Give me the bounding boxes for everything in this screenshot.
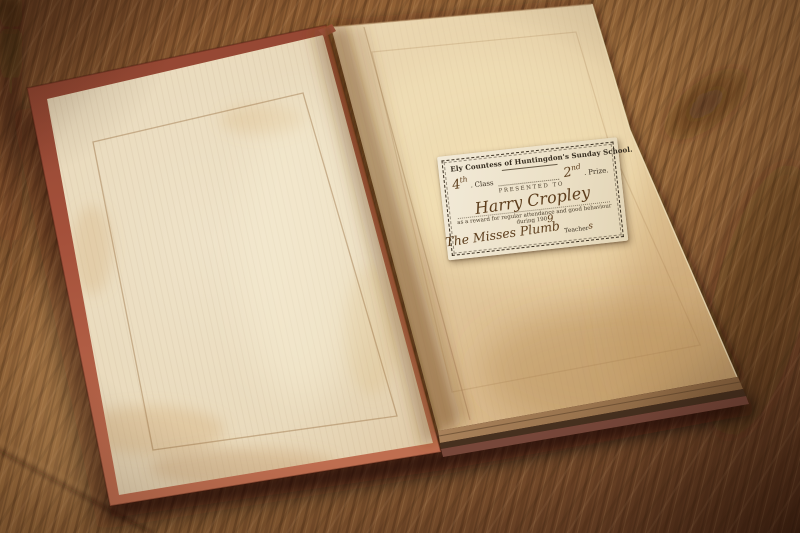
teacher-plural-handwritten: s (588, 222, 594, 232)
class-value-handwritten: 4th (451, 175, 469, 192)
teacher-label: Teacher (564, 225, 589, 235)
class-separator-dot: . (470, 182, 473, 190)
photo-scene: Ely Countess of Huntingdon's Sunday Scho… (0, 0, 800, 533)
bookplate: Ely Countess of Huntingdon's Sunday Scho… (437, 137, 628, 260)
wood-plank-seam-left (0, 0, 22, 360)
class-label: Class (474, 179, 494, 189)
class-suffix: th (459, 174, 468, 184)
bookplate-braided-border: Ely Countess of Huntingdon's Sunday Scho… (441, 142, 623, 256)
prize-label: Prize. (588, 167, 609, 177)
prize-suffix: nd (571, 162, 582, 173)
prize-separator-dot: . (584, 169, 587, 177)
prize-value-handwritten: 2nd (563, 163, 583, 180)
book-photo-rendering (0, 0, 800, 533)
